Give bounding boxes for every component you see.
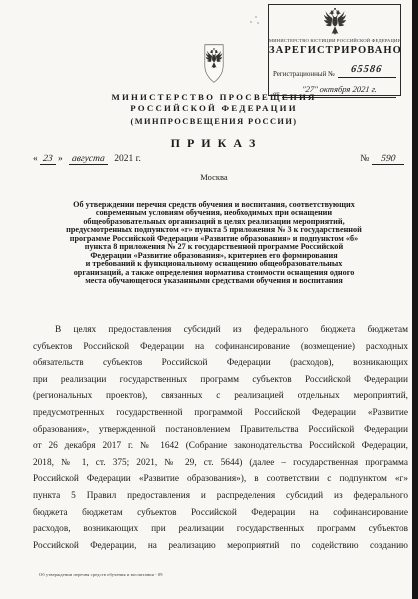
body-line: пункта 5 Правил предоставления и распред… [33,488,408,505]
ministry-name-line2: РОССИЙСКОЙ ФЕДЕРАЦИИ [14,103,414,114]
body-line: от 26 декабря 2017 г. № 1642 (Собрание з… [33,438,408,455]
coat-of-arms-icon [196,42,232,86]
body-line: субъектов Российской Федерации на софина… [33,339,408,356]
body-line: образования», утвержденной постановление… [33,422,408,439]
order-day-handwritten: 23 [43,154,54,164]
stamp-reg-number-underline: 65586 [338,59,396,78]
stamp-registered-label: ЗАРЕГИСТРИРОВАНО [269,45,400,56]
order-number-handwritten: 590 [380,154,395,164]
date-and-number-line: « 23 » августа 2021 г. № 590 [33,154,404,164]
title-line: места обучающегося указанными средствами… [14,277,414,285]
document-type-heading: П Р И К А З [14,136,414,151]
ministry-name-line1: МИНИСТЕРСТВО ПРОСВЕЩЕНИЯ [14,92,414,103]
scan-speck [250,16,260,24]
order-number: № 590 [360,154,404,164]
order-title: Об утверждении перечня средств обучения … [14,201,414,286]
city-label: Москва [14,172,414,182]
ministry-short-name: (МИНПРОСВЕЩЕНИЯ РОССИИ) [14,117,414,128]
body-line: Российской Федерации, на реализацию меро… [33,538,408,555]
body-line: при реализации государственных программ … [33,372,408,389]
footer-note: Об утверждении перечня средств обучения … [39,572,163,577]
stamp-reg-number-label: Регистрационный № [273,70,335,78]
body-line: бюджета бюджетам субъектов Российской Фе… [33,505,408,522]
order-date: « 23 » августа 2021 г. [33,154,141,164]
stamp-reg-number-value: 65586 [351,64,384,75]
registration-stamp: МИНИСТЕРСТВО ЮСТИЦИИ РОССИЙСКОЙ ФЕДЕРАЦИ… [268,4,401,96]
order-body-paragraph: В целях предоставления субсидий из федер… [33,322,408,554]
body-line: Российской Федерации «Развитие образован… [33,471,408,488]
order-month-handwritten: августа [72,154,106,164]
body-line: расходов, возникающих при реализации гос… [33,521,408,538]
body-line: 2018, № 1, ст. 375; 2021, № 29, ст. 5644… [33,455,408,472]
justice-ministry-eagle-icon [321,7,349,37]
body-line: В целях предоставления субсидий из федер… [33,322,408,339]
body-line: обязательств субъектов Российской Федера… [33,355,408,372]
scanned-order-document: МИНИСТЕРСТВО ЮСТИЦИИ РОССИЙСКОЙ ФЕДЕРАЦИ… [0,0,418,599]
body-line: предусмотренных государственной программ… [33,405,408,422]
date-close-quote: » [58,154,63,164]
stamp-ministry-line: МИНИСТЕРСТВО ЮСТИЦИИ РОССИЙСКОЙ ФЕДЕРАЦИ… [269,38,400,43]
number-sign: № [360,154,369,164]
ministry-name: МИНИСТЕРСТВО ПРОСВЕЩЕНИЯ РОССИЙСКОЙ ФЕДЕ… [14,92,414,128]
stamp-registration-number-row: Регистрационный № 65586 [269,59,400,78]
date-open-quote: « [33,154,38,164]
scan-edge-strip [412,0,418,599]
body-line: (региональных проектов), связанных с реа… [33,388,408,405]
order-year: 2021 г. [114,154,141,164]
